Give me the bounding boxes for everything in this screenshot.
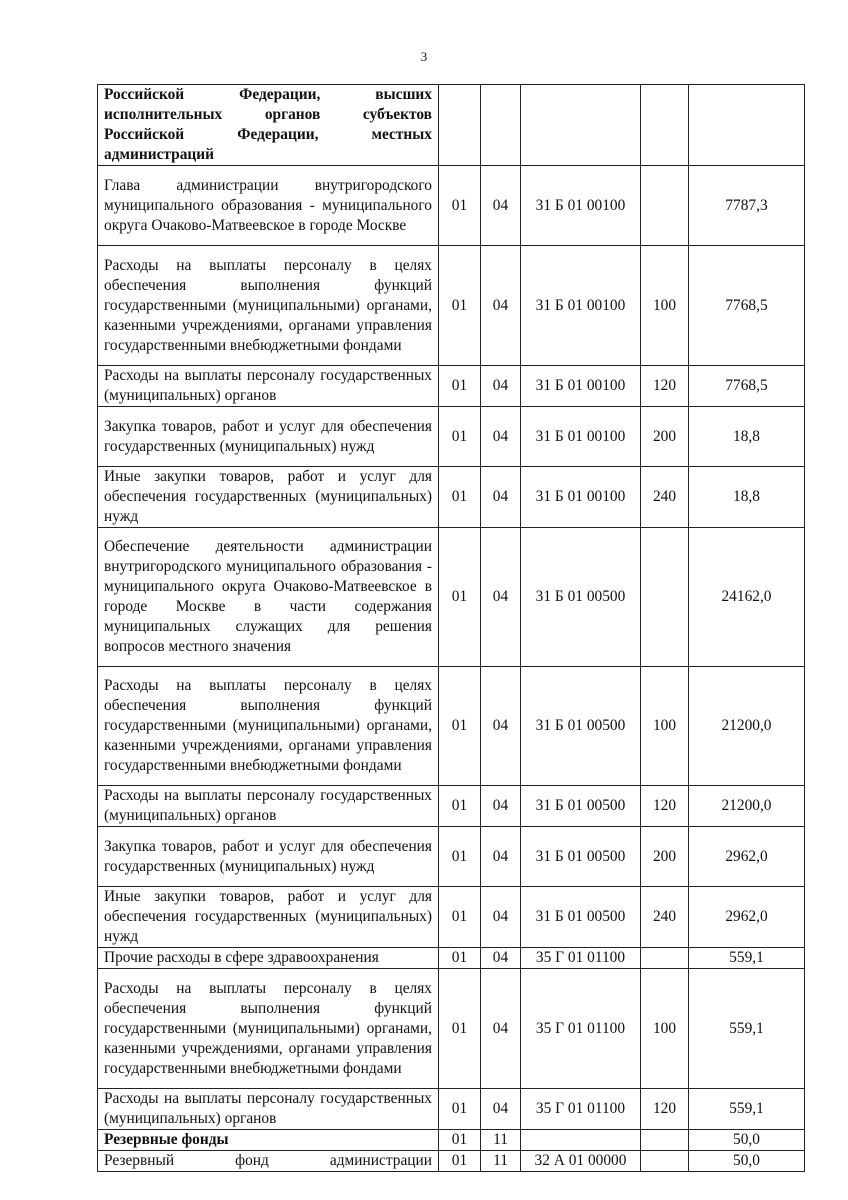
row-amount bbox=[689, 85, 805, 166]
row-target-article: 35 Г 01 01100 bbox=[521, 969, 641, 1089]
table-row: Резервный фонд администрации011132 А 01 … bbox=[98, 1151, 805, 1172]
row-description: Закупка товаров, работ и услуг для обесп… bbox=[98, 827, 439, 887]
row-section: 01 bbox=[439, 827, 481, 887]
row-amount: 559,1 bbox=[689, 948, 805, 969]
row-subsection: 11 bbox=[481, 1130, 521, 1151]
row-expense-type: 120 bbox=[641, 786, 689, 827]
row-subsection: 04 bbox=[481, 1089, 521, 1130]
table-row: Глава администрации внутригородского мун… bbox=[98, 166, 805, 246]
row-description: Расходы на выплаты персоналу в целях обе… bbox=[98, 969, 439, 1089]
row-amount: 7768,5 bbox=[689, 246, 805, 366]
row-target-article: 32 А 01 00000 bbox=[521, 1151, 641, 1172]
row-section: 01 bbox=[439, 166, 481, 246]
row-section: 01 bbox=[439, 366, 481, 407]
row-expense-type: 100 bbox=[641, 246, 689, 366]
row-expense-type: 240 bbox=[641, 467, 689, 528]
row-description: Резервные фонды bbox=[98, 1130, 439, 1151]
row-expense-type: 200 bbox=[641, 827, 689, 887]
row-subsection: 04 bbox=[481, 366, 521, 407]
row-subsection: 04 bbox=[481, 407, 521, 467]
table-row: Расходы на выплаты персоналу в целях обе… bbox=[98, 667, 805, 786]
row-target-article: 35 Г 01 01100 bbox=[521, 1089, 641, 1130]
table-row: Расходы на выплаты персоналу государстве… bbox=[98, 1089, 805, 1130]
row-expense-type: 100 bbox=[641, 667, 689, 786]
row-target-article: 31 Б 01 00100 bbox=[521, 246, 641, 366]
row-target-article: 35 Г 01 01100 bbox=[521, 948, 641, 969]
row-description: Расходы на выплаты персоналу в целях обе… bbox=[98, 246, 439, 366]
table-row: Российской Федерации, высших исполнитель… bbox=[98, 85, 805, 166]
row-expense-type: 200 bbox=[641, 407, 689, 467]
row-amount: 21200,0 bbox=[689, 667, 805, 786]
table-row: Расходы на выплаты персоналу в целях обе… bbox=[98, 969, 805, 1089]
row-expense-type: 100 bbox=[641, 969, 689, 1089]
row-amount: 24162,0 bbox=[689, 528, 805, 667]
row-description: Российской Федерации, высших исполнитель… bbox=[98, 85, 439, 166]
row-target-article bbox=[521, 85, 641, 166]
row-subsection: 04 bbox=[481, 786, 521, 827]
row-subsection: 04 bbox=[481, 667, 521, 786]
row-subsection: 04 bbox=[481, 969, 521, 1089]
budget-table: Российской Федерации, высших исполнитель… bbox=[97, 84, 805, 1172]
row-target-article: 31 Б 01 00500 bbox=[521, 827, 641, 887]
row-description: Расходы на выплаты персоналу государстве… bbox=[98, 366, 439, 407]
row-amount: 7768,5 bbox=[689, 366, 805, 407]
row-subsection: 04 bbox=[481, 528, 521, 667]
row-description: Резервный фонд администрации bbox=[98, 1151, 439, 1172]
row-amount: 2962,0 bbox=[689, 827, 805, 887]
row-section bbox=[439, 85, 481, 166]
row-target-article: 31 Б 01 00100 bbox=[521, 407, 641, 467]
table-row: Расходы на выплаты персоналу государстве… bbox=[98, 786, 805, 827]
table-row: Резервные фонды011150,0 bbox=[98, 1130, 805, 1151]
row-section: 01 bbox=[439, 246, 481, 366]
row-section: 01 bbox=[439, 1151, 481, 1172]
row-section: 01 bbox=[439, 786, 481, 827]
row-amount: 7787,3 bbox=[689, 166, 805, 246]
row-amount: 21200,0 bbox=[689, 786, 805, 827]
row-description: Обеспечение деятельности администрации в… bbox=[98, 528, 439, 667]
row-section: 01 bbox=[439, 887, 481, 948]
row-expense-type bbox=[641, 1130, 689, 1151]
row-amount: 18,8 bbox=[689, 467, 805, 528]
row-subsection: 04 bbox=[481, 166, 521, 246]
table-row: Расходы на выплаты персоналу государстве… bbox=[98, 366, 805, 407]
row-expense-type: 240 bbox=[641, 887, 689, 948]
table-row: Расходы на выплаты персоналу в целях обе… bbox=[98, 246, 805, 366]
row-amount: 50,0 bbox=[689, 1151, 805, 1172]
row-description: Глава администрации внутригородского мун… bbox=[98, 166, 439, 246]
row-subsection: 04 bbox=[481, 467, 521, 528]
table-row: Обеспечение деятельности администрации в… bbox=[98, 528, 805, 667]
row-section: 01 bbox=[439, 1130, 481, 1151]
row-section: 01 bbox=[439, 969, 481, 1089]
row-description: Расходы на выплаты персоналу государстве… bbox=[98, 1089, 439, 1130]
row-description: Расходы на выплаты персоналу государстве… bbox=[98, 786, 439, 827]
row-target-article: 31 Б 01 00500 bbox=[521, 528, 641, 667]
row-expense-type bbox=[641, 948, 689, 969]
row-expense-type bbox=[641, 166, 689, 246]
row-target-article: 31 Б 01 00100 bbox=[521, 366, 641, 407]
row-target-article bbox=[521, 1130, 641, 1151]
row-section: 01 bbox=[439, 528, 481, 667]
row-amount: 559,1 bbox=[689, 969, 805, 1089]
row-description: Закупка товаров, работ и услуг для обесп… bbox=[98, 407, 439, 467]
row-subsection: 04 bbox=[481, 887, 521, 948]
table-row: Иные закупки товаров, работ и услуг для … bbox=[98, 887, 805, 948]
row-expense-type bbox=[641, 85, 689, 166]
row-target-article: 31 Б 01 00100 bbox=[521, 467, 641, 528]
row-section: 01 bbox=[439, 1089, 481, 1130]
row-expense-type bbox=[641, 1151, 689, 1172]
row-subsection: 11 bbox=[481, 1151, 521, 1172]
row-expense-type: 120 bbox=[641, 1089, 689, 1130]
row-target-article: 31 Б 01 00100 bbox=[521, 166, 641, 246]
row-section: 01 bbox=[439, 667, 481, 786]
row-subsection: 04 bbox=[481, 246, 521, 366]
row-amount: 559,1 bbox=[689, 1089, 805, 1130]
row-target-article: 31 Б 01 00500 bbox=[521, 786, 641, 827]
row-target-article: 31 Б 01 00500 bbox=[521, 887, 641, 948]
row-subsection: 04 bbox=[481, 948, 521, 969]
row-section: 01 bbox=[439, 467, 481, 528]
row-section: 01 bbox=[439, 948, 481, 969]
row-description: Иные закупки товаров, работ и услуг для … bbox=[98, 467, 439, 528]
row-expense-type bbox=[641, 528, 689, 667]
row-subsection bbox=[481, 85, 521, 166]
table-body: Российской Федерации, высших исполнитель… bbox=[98, 85, 805, 1172]
row-amount: 50,0 bbox=[689, 1130, 805, 1151]
row-description: Иные закупки товаров, работ и услуг для … bbox=[98, 887, 439, 948]
table-row: Иные закупки товаров, работ и услуг для … bbox=[98, 467, 805, 528]
row-amount: 2962,0 bbox=[689, 887, 805, 948]
row-target-article: 31 Б 01 00500 bbox=[521, 667, 641, 786]
row-subsection: 04 bbox=[481, 827, 521, 887]
table-row: Прочие расходы в сфере здравоохранения01… bbox=[98, 948, 805, 969]
row-expense-type: 120 bbox=[641, 366, 689, 407]
row-description: Расходы на выплаты персоналу в целях обе… bbox=[98, 667, 439, 786]
table-row: Закупка товаров, работ и услуг для обесп… bbox=[98, 827, 805, 887]
table-row: Закупка товаров, работ и услуг для обесп… bbox=[98, 407, 805, 467]
row-amount: 18,8 bbox=[689, 407, 805, 467]
page-number: 3 bbox=[0, 49, 848, 65]
row-description: Прочие расходы в сфере здравоохранения bbox=[98, 948, 439, 969]
row-section: 01 bbox=[439, 407, 481, 467]
